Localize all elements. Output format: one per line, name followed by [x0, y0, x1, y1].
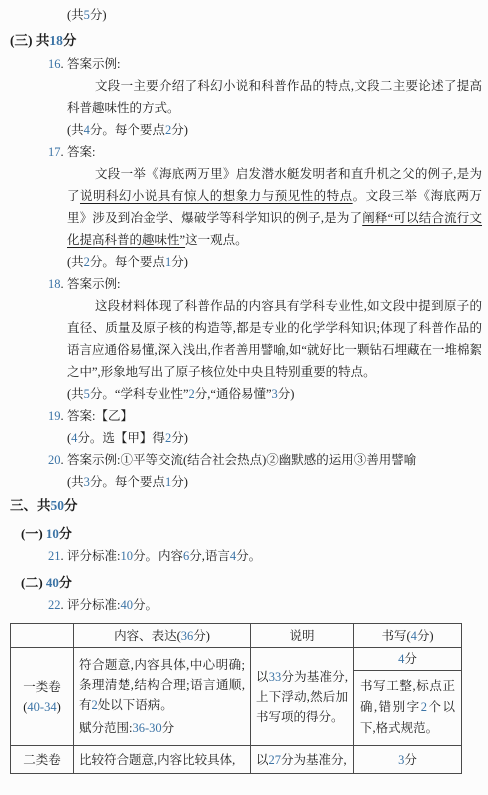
- rubric-header-row: 内容、表达(36分) 说明 书写(4分): [11, 624, 462, 648]
- item-19: 19.答案:【乙】: [0, 405, 488, 427]
- score-note-16: (共4分。每个要点2分): [67, 119, 488, 141]
- item-20-answer: 答案示例:①平等交流(结合社会热点)②幽默感的运用③善用譬喻: [67, 453, 416, 467]
- item-22-number: 22.: [48, 594, 67, 616]
- answer-18-paragraph: 这段材料体现了科普作品的内容具有学科专业性,如文段中提到原子的直径、质量及原子核…: [67, 295, 482, 383]
- grade2-category: 二类卷: [11, 746, 74, 774]
- item-19-number: 19.: [48, 405, 67, 427]
- grade1-writing-criteria: 书写工整,标点正确,错别字2个以下,格式规范。: [354, 671, 461, 744]
- item-21: 21.评分标准:10分。内容6分,语言4分。: [0, 545, 488, 567]
- grade1-content-cell: 符合题意,内容具体,中心明确;条理清楚,结构合理;语言通顺,有2处以下语病。 赋…: [74, 648, 251, 746]
- grade1-category-cell: 一类卷 (40-34): [11, 648, 74, 746]
- header-empty-cell: [11, 624, 74, 648]
- carryover-score-note: (共5分): [67, 4, 488, 26]
- item-18-title: 答案示例:: [67, 277, 120, 291]
- answer-key-document: (共5分) (三) 共18分 16.答案示例: 文段一主要介绍了科幻小说和科普作…: [0, 0, 488, 795]
- item-19-answer: 答案:【乙】: [67, 409, 133, 423]
- item-18-number: 18.: [48, 273, 67, 295]
- score-note-20: (共3分。每个要点1分): [67, 471, 488, 493]
- item-17-number: 17.: [48, 141, 67, 163]
- item-16-number: 16.: [48, 53, 67, 75]
- answer-16-paragraph: 文段一主要介绍了科幻小说和科普作品的特点,文段二主要论述了提高科普趣味性的方式。: [67, 75, 482, 119]
- item-17: 17.答案:: [0, 141, 488, 163]
- section-heading-major: 三、共50分: [10, 494, 488, 518]
- item-16-title: 答案示例:: [67, 57, 120, 71]
- item-16: 16.答案示例:: [0, 53, 488, 75]
- item-21-text: 评分标准:10分。内容6分,语言4分。: [67, 549, 261, 563]
- header-content-expression: 内容、表达(36分): [74, 624, 251, 648]
- header-explanation: 说明: [251, 624, 354, 648]
- section-heading-part3: (三) 共18分: [10, 29, 488, 53]
- item-22-text: 评分标准:40分。: [67, 598, 158, 612]
- grade1-writing-cell: 4分 书写工整,标点正确,错别字2个以下,格式规范。: [354, 648, 462, 746]
- grading-rubric-table: 内容、表达(36分) 说明 书写(4分) 一类卷 (40-34) 符合题意,内容…: [10, 623, 462, 774]
- grade1-writing-score: 4分: [354, 649, 461, 671]
- score-note-17: (共2分。每个要点1分): [67, 251, 488, 273]
- item-22: 22.评分标准:40分。: [0, 594, 488, 616]
- grade2-content-criteria: 比较符合题意,内容比较具体,: [74, 746, 251, 774]
- grade1-score-range: (40-34): [11, 697, 73, 717]
- grade1-category: 一类卷: [11, 677, 73, 697]
- grade2-baseline-note: 以27分为基准分,: [251, 746, 354, 774]
- subsection-heading-1: (一) 10分: [21, 522, 488, 545]
- item-17-title: 答案:: [67, 145, 95, 159]
- grade1-assign-range: 赋分范围:36-30分: [74, 718, 250, 741]
- header-handwriting: 书写(4分): [354, 624, 462, 648]
- score-note-19: (4分。选【甲】得2分): [67, 427, 488, 449]
- answer-17-paragraph: 文段一举《海底两万里》启发潜水艇发明者和直升机之父的例子,是为了说明科幻小说具有…: [67, 163, 482, 251]
- grade1-content-criteria: 符合题意,内容具体,中心明确;条理清楚,结构合理;语言通顺,有2处以下语病。: [74, 652, 250, 718]
- rubric-row-grade1: 一类卷 (40-34) 符合题意,内容具体,中心明确;条理清楚,结构合理;语言通…: [11, 648, 462, 746]
- item-18: 18.答案示例:: [0, 273, 488, 295]
- rubric-row-grade2: 二类卷 比较符合题意,内容比较具体, 以27分为基准分, 3分: [11, 746, 462, 774]
- item-20-number: 20.: [48, 449, 67, 471]
- grade2-writing-score: 3分: [354, 746, 462, 774]
- grade1-note-cell: 以33分为基准分,上下浮动,然后加书写项的得分。: [251, 648, 354, 746]
- grade1-baseline-note: 以33分为基准分,上下浮动,然后加书写项的得分。: [251, 664, 353, 730]
- subsection-heading-2: (二) 40分: [21, 571, 488, 594]
- score-note-18: (共5分。“学科专业性”2分,“通俗易懂”3分): [67, 383, 488, 405]
- item-20: 20.答案示例:①平等交流(结合社会热点)②幽默感的运用③善用譬喻: [0, 449, 488, 471]
- item-21-number: 21.: [48, 545, 67, 567]
